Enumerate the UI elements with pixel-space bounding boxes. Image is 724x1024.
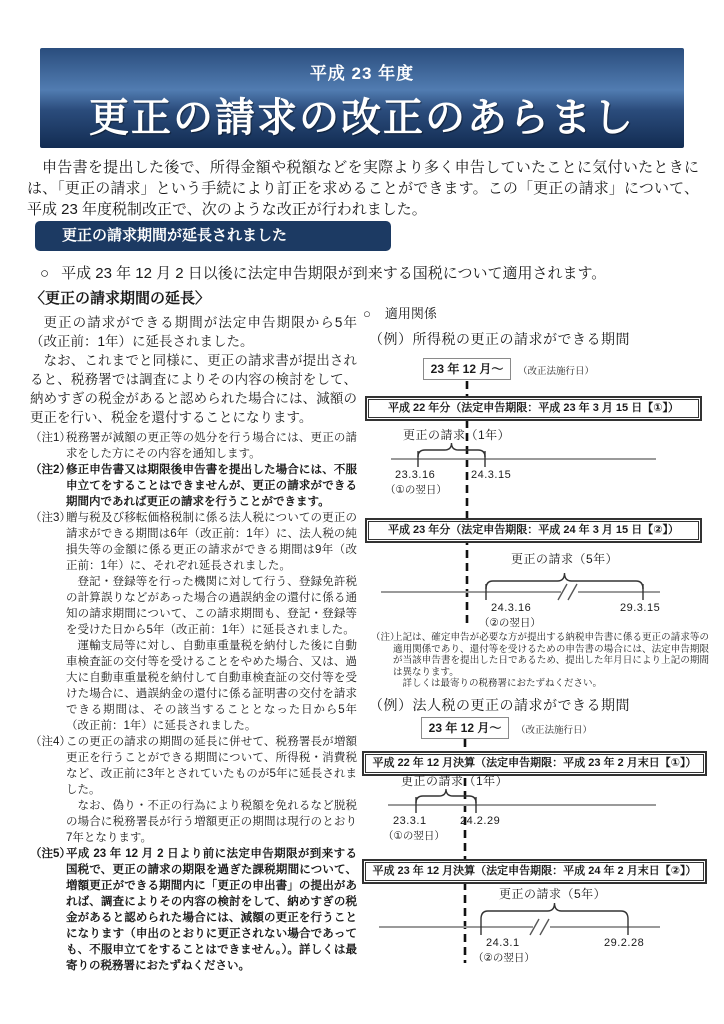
timeline-date: 24.2.29 [460,815,500,827]
timeline-date: 24.3.16 [491,602,531,614]
page: { "header": { "year_label": "平成 23 年度", … [0,0,724,1024]
timeline-date: 24.3.1 [486,937,520,949]
application-text: 平成 23 年 12 月 2 日以後に法定申告期限が到来する国税について適用され… [61,265,606,282]
timeline-date: 29.2.28 [604,937,644,949]
note-paragraph: 税務署が減額の更正等の処分を行う場合には、更正の請求をした方にその内容を通知しま… [66,430,357,462]
start-date-box: 23 年 12 月～ [423,358,511,380]
timeline-date: 29.3.15 [620,602,660,614]
claim-period-label: 更正の請求（5年） [499,885,606,902]
start-date-box: 23 年 12 月～ [421,717,509,739]
note-item-2: （注2） 修正申告書又は期限後申告書を提出した場合には、不服申立てをすることはで… [30,462,357,510]
note-paragraph: 贈与税及び移転価格税制に係る法人税についての更正の請求ができる期間は6年（改正前… [66,510,357,574]
timeline-date-sub: （②の翌日） [479,615,541,630]
note-label: （注1） [30,430,71,446]
period-box-label: 平成 22 年分（法定申告期限：平成 23 年 3 月 15 日【①】） [368,399,699,418]
period-box-label: 平成 22 年 12 月決算（法定申告期限：平成 23 年 2 月末日【①】） [365,754,704,773]
diagram-note-text: 詳しくは最寄りの税務署におたずねください。 [393,678,709,690]
diagram-note-text: 上記は、確定申告が必要な方が提出する納税申告書に係る更正の請求等の適用関係であり… [393,632,709,678]
note-label: （注3） [30,510,71,526]
circle-bullet: ○ [40,265,49,282]
note-paragraph: この更正の請求の期間の延長に併せて、税務署長が増額更正を行うことができる期間につ… [66,734,357,798]
corporate-tax-timeline-diagram: 23 年 12 月～ （改正法施行日） 平成 22 年 12 月決算（法定申告期… [361,717,709,967]
timeline-date-sub: （①の翌日） [383,828,445,843]
period-box-label: 平成 23 年分（法定申告期限：平成 24 年 3 月 15 日【②】） [368,521,699,540]
note-paragraph: 平成 23 年 12 月 2 日より前に法定申告期限が到来する国税で、更正の請求… [66,846,357,974]
note-paragraph: 修正申告書又は期限後申告書を提出した場合には、不服申立てをすることはできませんが… [66,462,357,510]
note-label: （注5） [30,846,71,862]
application-line: ○平成 23 年 12 月 2 日以後に法定申告期限が到来する国税について適用さ… [40,262,700,283]
period-box-2: 平成 23 年分（法定申告期限：平成 24 年 3 月 15 日【②】） [365,518,702,543]
application-relation-line: ○適用関係 [363,303,437,322]
timeline-date: 23.3.16 [395,469,435,481]
page-title: 更正の請求の改正のあらまし [40,86,684,143]
note-item-3: （注3） 贈与税及び移転価格税制に係る法人税についての更正の請求ができる期間は6… [30,510,357,734]
notes-list: （注1） 税務署が減額の更正等の処分を行う場合には、更正の請求をした方にその内容… [30,430,357,974]
note-label: （注2） [30,462,71,478]
enforcement-date-label: （改正法施行日） [518,363,594,377]
section-bar-label: 更正の請求期間が延長されました [62,227,287,244]
claim-period-label: 更正の請求（1年） [403,426,510,443]
body-paragraph: 更正の請求ができる期間が法定申告期限から5年（改正前：1年）に延長されました。 [30,313,357,351]
section-bar: 更正の請求期間が延長されました [35,221,391,251]
diagram-note-label: （注） [371,632,400,644]
timeline-date: 23.3.1 [393,815,427,827]
axis-break [568,584,577,600]
example2-title: （例）法人税の更正の請求ができる期間 [369,695,630,715]
application-relation-label: 適用関係 [385,306,437,321]
claim-brace-2 [486,573,643,589]
claim-brace-1 [416,789,476,803]
enforcement-date-label: （改正法施行日） [516,722,592,736]
claim-brace-2 [481,903,628,919]
period-box-label: 平成 23 年 12 月決算（法定申告期限：平成 24 年 2 月末日【②】） [365,862,704,881]
claim-period-label: 更正の請求（1年） [401,772,508,789]
example1-title: （例）所得税の更正の請求ができる期間 [369,329,630,349]
note-paragraph: 登記・登録等を行った機関に対して行う、登録免許税の計算誤りなどがあった場合の過誤… [66,574,357,638]
claim-period-label: 更正の請求（5年） [511,550,618,567]
body-paragraph: なお、これまでと同様に、更正の請求書が提出されると、税務署では調査によりその内容… [30,351,357,427]
period-box-2: 平成 23 年 12 月決算（法定申告期限：平成 24 年 2 月末日【②】） [362,859,707,884]
period-box-1: 平成 22 年分（法定申告期限：平成 23 年 3 月 15 日【①】） [365,396,702,421]
intro-paragraph: 申告書を提出した後で、所得金額や税額などを実際より多く申告していたことに気付いた… [27,157,699,220]
diagram-note: （注） 上記は、確定申告が必要な方が提出する納税申告書に係る更正の請求等の適用関… [371,632,709,690]
left-column: 〈更正の請求期間の延長〉 更正の請求ができる期間が法定申告期限から5年（改正前：… [30,287,357,974]
note-label: （注4） [30,734,71,750]
claim-brace-1 [418,443,485,457]
left-heading: 〈更正の請求期間の延長〉 [30,287,357,308]
header-year-label: 平成 23 年度 [40,59,684,84]
note-item-1: （注1） 税務署が減額の更正等の処分を行う場合には、更正の請求をした方にその内容… [30,430,357,462]
timeline-date: 24.3.15 [471,469,511,481]
income-tax-timeline-diagram: 23 年 12 月～ （改正法施行日） 平成 22 年分（法定申告期限：平成 2… [361,352,709,644]
note-paragraph: なお、偽り・不正の行為により税額を免れるなど脱税の場合に税務署長が行う増額更正の… [66,798,357,846]
note-paragraph: 運輸支局等に対し、自動車重量税を納付した後に自動車検査証の交付等を受けることをや… [66,638,357,734]
timeline-date-sub: （②の翌日） [473,950,535,965]
circle-bullet: ○ [363,306,371,321]
timeline-date-sub: （①の翌日） [385,482,447,497]
header-banner: 平成 23 年度 更正の請求の改正のあらまし [40,48,684,148]
note-item-4: （注4） この更正の請求の期間の延長に併せて、税務署長が増額更正を行うことができ… [30,734,357,846]
axis-break [540,919,549,935]
note-item-5: （注5） 平成 23 年 12 月 2 日より前に法定申告期限が到来する国税で、… [30,846,357,974]
